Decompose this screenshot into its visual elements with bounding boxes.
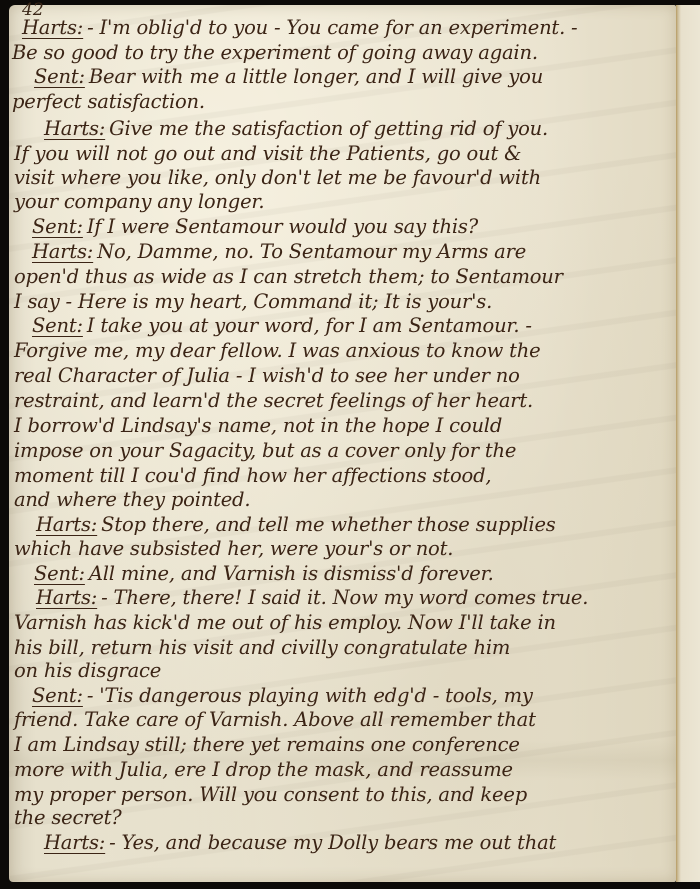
line-text: open'd thus as wide as I can stretch the…: [14, 265, 563, 288]
line-text: I say - Here is my heart, Command it; It…: [14, 290, 492, 313]
line-text: Bear with me a little longer, and I will…: [89, 65, 543, 88]
line-text: his bill, return his visit and civilly c…: [14, 636, 510, 659]
manuscript-line: restraint, and learn'd the secret feelin…: [14, 389, 533, 412]
line-text: - There, there! I said it. Now my word c…: [101, 586, 588, 609]
line-text: If you will not go out and visit the Pat…: [14, 142, 521, 165]
speaker-name: Harts:: [44, 831, 105, 854]
speaker-name: Sent:: [32, 215, 83, 238]
manuscript-line: his bill, return his visit and civilly c…: [14, 636, 510, 659]
line-text: and where they pointed.: [14, 488, 250, 511]
line-text: - Yes, and because my Dolly bears me out…: [109, 831, 556, 854]
speaker-name: Harts:: [22, 16, 83, 39]
speaker-name: Harts:: [36, 586, 97, 609]
manuscript-line: more with Julia, ere I drop the mask, an…: [14, 758, 513, 781]
adjacent-page-edge: [676, 5, 700, 882]
manuscript-line: If you will not go out and visit the Pat…: [14, 142, 521, 165]
manuscript-line: impose on your Sagacity, but as a cover …: [14, 439, 516, 462]
manuscript-line: open'd thus as wide as I can stretch the…: [14, 265, 563, 288]
manuscript-line: Sent:I take you at your word, for I am S…: [32, 314, 532, 337]
line-text: the secret?: [14, 806, 122, 829]
line-text: friend. Take care of Varnish. Above all …: [14, 708, 536, 731]
manuscript-line: Forgive me, my dear fellow. I was anxiou…: [14, 339, 541, 362]
speaker-name: Sent:: [34, 562, 85, 585]
line-text: - 'Tis dangerous playing with edg'd - to…: [87, 684, 533, 707]
line-text: which have subsisted her, were your's or…: [14, 537, 453, 560]
line-text: your company any longer.: [14, 190, 264, 213]
manuscript-line: on his disgrace: [14, 659, 161, 682]
manuscript-line: Sent:If I were Sentamour would you say t…: [32, 215, 478, 238]
manuscript-line: I say - Here is my heart, Command it; It…: [14, 290, 492, 313]
manuscript-line: my proper person. Will you consent to th…: [14, 783, 527, 806]
manuscript-line: Harts:Give me the satisfaction of gettin…: [44, 117, 548, 140]
manuscript-line: Harts:Stop there, and tell me whether th…: [36, 513, 556, 536]
line-text: more with Julia, ere I drop the mask, an…: [14, 758, 513, 781]
line-text: impose on your Sagacity, but as a cover …: [14, 439, 516, 462]
line-text: Varnish has kick'd me out of his employ.…: [14, 611, 556, 634]
manuscript-line: Be so good to try the experiment of goin…: [12, 41, 538, 64]
manuscript-line: the secret?: [14, 806, 122, 829]
line-text: All mine, and Varnish is dismiss'd forev…: [89, 562, 494, 585]
line-text: my proper person. Will you consent to th…: [14, 783, 527, 806]
manuscript-line: visit where you like, only don't let me …: [14, 166, 541, 189]
manuscript-line: and where they pointed.: [14, 488, 250, 511]
line-text: I borrow'd Lindsay's name, not in the ho…: [14, 414, 502, 437]
line-text: - I'm oblig'd to you - You came for an e…: [87, 16, 577, 39]
manuscript-line: real Character of Julia - I wish'd to se…: [14, 364, 520, 387]
manuscript-line: Sent:- 'Tis dangerous playing with edg'd…: [32, 684, 533, 707]
line-text: Forgive me, my dear fellow. I was anxiou…: [14, 339, 541, 362]
manuscript-line: I am Lindsay still; there yet remains on…: [14, 733, 520, 756]
line-text: No, Damme, no. To Sentamour my Arms are: [97, 240, 526, 263]
manuscript-line: Harts:No, Damme, no. To Sentamour my Arm…: [32, 240, 526, 263]
manuscript-line: perfect satisfaction.: [12, 90, 205, 113]
manuscript-line: Varnish has kick'd me out of his employ.…: [14, 611, 556, 634]
manuscript-line: Sent:Bear with me a little longer, and I…: [34, 65, 543, 88]
speaker-name: Sent:: [32, 314, 83, 337]
line-text: Give me the satisfaction of getting rid …: [109, 117, 548, 140]
speaker-name: Sent:: [32, 684, 83, 707]
speaker-name: Sent:: [34, 65, 85, 88]
manuscript-line: friend. Take care of Varnish. Above all …: [14, 708, 536, 731]
line-text: Be so good to try the experiment of goin…: [12, 41, 538, 64]
line-text: on his disgrace: [14, 659, 161, 682]
speaker-name: Harts:: [32, 240, 93, 263]
line-text: If I were Sentamour would you say this?: [87, 215, 478, 238]
line-text: moment till I cou'd find how her affecti…: [14, 464, 491, 487]
speaker-name: Harts:: [44, 117, 105, 140]
manuscript-line: Sent:All mine, and Varnish is dismiss'd …: [34, 562, 494, 585]
line-text: I am Lindsay still; there yet remains on…: [14, 733, 520, 756]
manuscript-line: Harts:- I'm oblig'd to you - You came fo…: [22, 16, 577, 39]
line-text: restraint, and learn'd the secret feelin…: [14, 389, 533, 412]
manuscript-line: Harts:- Yes, and because my Dolly bears …: [44, 831, 556, 854]
line-text: Stop there, and tell me whether those su…: [101, 513, 555, 536]
manuscript-line: which have subsisted her, were your's or…: [14, 537, 453, 560]
line-text: visit where you like, only don't let me …: [14, 166, 541, 189]
manuscript-line: I borrow'd Lindsay's name, not in the ho…: [14, 414, 502, 437]
line-text: real Character of Julia - I wish'd to se…: [14, 364, 520, 387]
speaker-name: Harts:: [36, 513, 97, 536]
line-text: perfect satisfaction.: [12, 90, 205, 113]
manuscript-line: moment till I cou'd find how her affecti…: [14, 464, 491, 487]
manuscript-line: your company any longer.: [14, 190, 264, 213]
line-text: I take you at your word, for I am Sentam…: [87, 314, 532, 337]
manuscript-line: Harts:- There, there! I said it. Now my …: [36, 586, 588, 609]
